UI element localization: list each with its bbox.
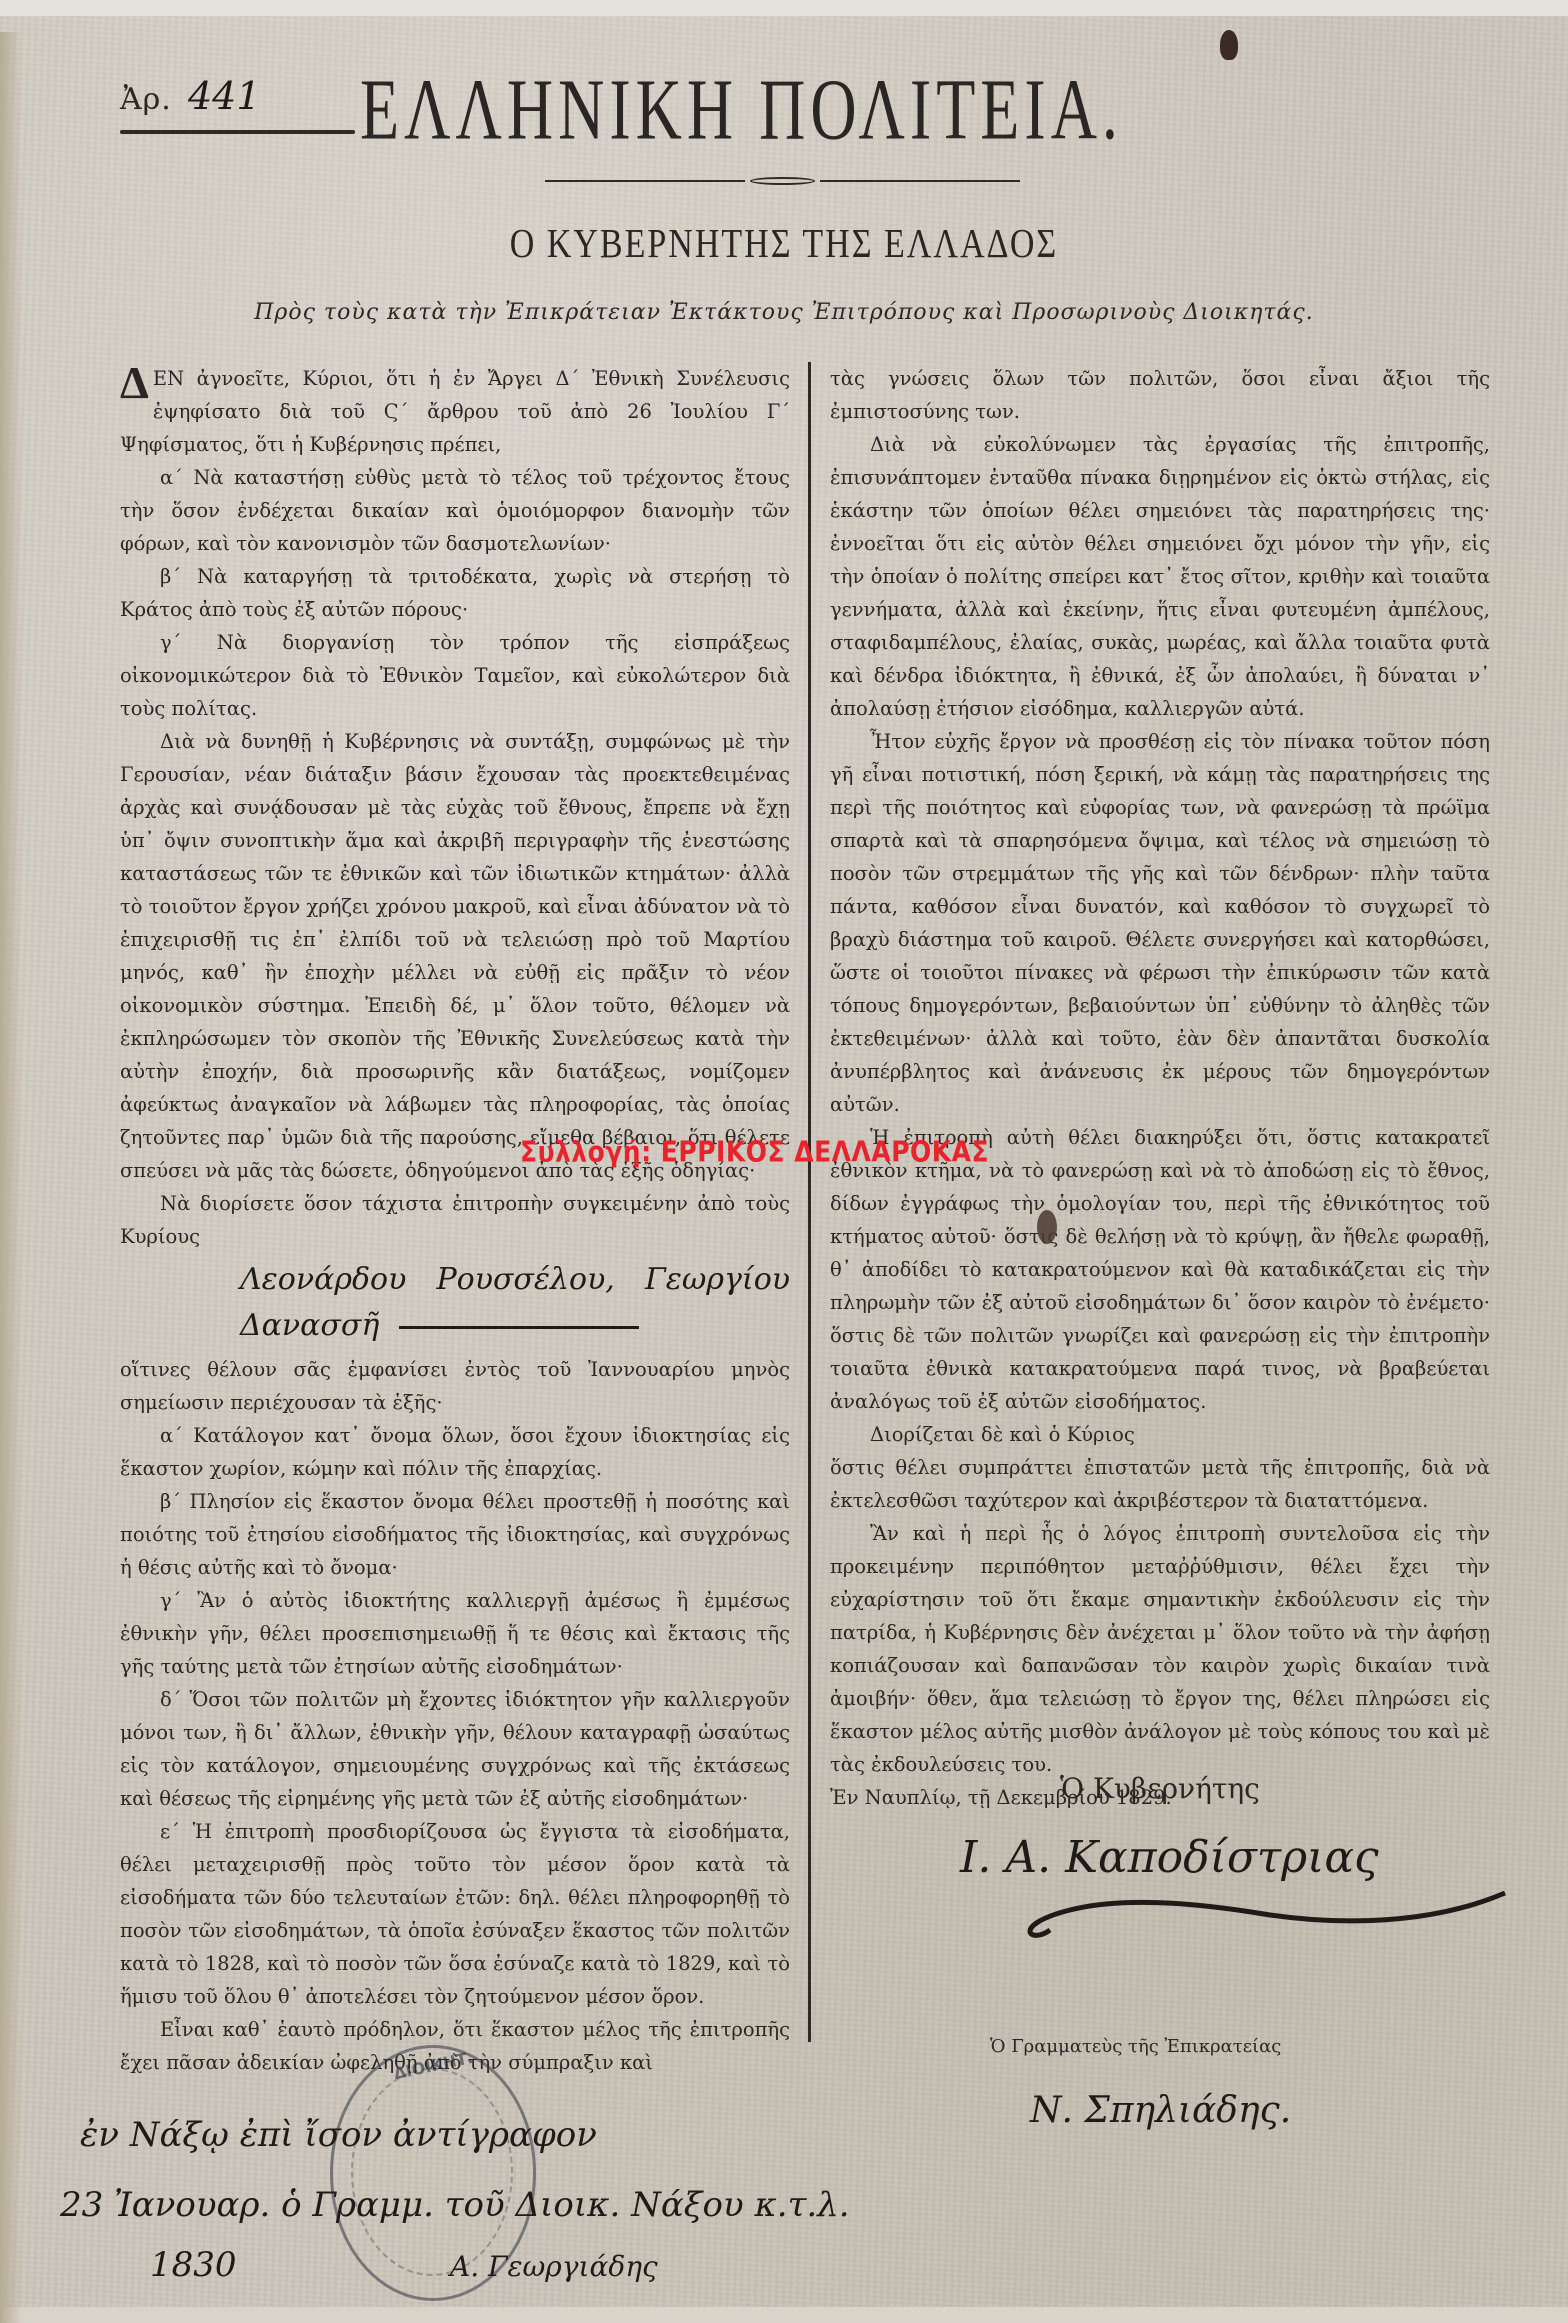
paragraph-duty-b: β´ Πλησίον εἰς ἕκαστον ὄνομα θέλει προστ… [120, 1485, 790, 1584]
left-text-column: ΔΕΝ ἀγνοεῖτε, Κύριοι, ὅτι ἡ ἐν Ἄργει Δ´ … [120, 362, 790, 2079]
paragraph-item-c: γ´ Νὰ διοργανίσῃ τὸν τρόπον τῆς εἰσπράξε… [120, 626, 790, 725]
paragraph-intro: ΔΕΝ ἀγνοεῖτε, Κύριοι, ὅτι ἡ ἐν Ἄργει Δ´ … [120, 362, 790, 461]
photo-top-border [0, 0, 1568, 16]
address-line: Πρὸς τοὺς κατὰ τὴν Ἐπικράτειαν Ἐκτάκτους… [0, 300, 1568, 325]
paragraph-committee: Νὰ διορίσετε ὅσον τάχιστα ἐπιτροπὴν συγκ… [120, 1187, 790, 1253]
paper-burn-stain [1037, 1210, 1057, 1244]
handwritten-annotation-line2: 23 Ἰανουαρ. ὁ Γραμμ. τοῦ Διοικ. Νάξου κ.… [60, 2185, 850, 2225]
secretary-signature-title: Ὁ Γραμματεὺς τῆς Ἐπικρατείας [990, 2036, 1281, 2057]
paragraph-committee-duties: οἵτινες θέλουν σᾶς ἐμφανίσει ἐντὸς τοῦ Ἰ… [120, 1353, 790, 1419]
paper-edge-shadow [0, 32, 22, 2307]
paragraph-duty-c: γ´ Ἂν ὁ αὐτὸς ἰδιοκτήτης καλλιεργῇ ἀμέσω… [120, 1584, 790, 1683]
paragraph-duty-d: δ´ Ὅσοι τῶν πολιτῶν μὴ ἔχοντες ἰδιόκτητο… [120, 1683, 790, 1815]
governor-signature-title: Ὁ Κυβερνήτης [1060, 1772, 1260, 1805]
handwritten-committee-names: Λεονάρδου Ρουσσέλου, Γεωργίου Δανασσῆ [240, 1257, 790, 1349]
paragraph-duty-a: α´ Κατάλογον κατ᾿ ὄνομα ὅλων, ὅσοι ἔχουν… [120, 1419, 790, 1485]
governor-signature: Ι. Α. Καποδίστριας [960, 1832, 1379, 1883]
title-ornament-divider [545, 177, 1020, 185]
paragraph-supervisor: Διορίζεται δὲ καὶ ὁ Κύριος [830, 1418, 1490, 1451]
ink-blot [1220, 30, 1238, 60]
paragraph-supervisor-duty: ὅστις θέλει συμπράττει ἐπιστατῶν μετὰ τῆ… [830, 1451, 1490, 1517]
collection-watermark: Συλλογή: ΕΡΡΙΚΟΣ ΔΕΛΛΑΡΟΚΑΣ [520, 1135, 989, 1168]
paragraph-table: Διὰ νὰ εὐκολύνωμεν τὰς ἐργασίας τῆς ἐπιτ… [830, 428, 1490, 725]
column-divider [808, 362, 811, 2042]
paragraph-duty-e: ε´ Ἡ ἐπιτροπὴ προσδιορίζουσα ὡς ἔγγιστα … [120, 1815, 790, 2013]
paragraph-observations: Ἦτον εὐχῆς ἔργον νὰ προσθέσῃ εἰς τὸν πίν… [830, 725, 1490, 1121]
paragraph-continuation: τὰς γνώσεις ὅλων τῶν πολιτῶν, ὅσοι εἶναι… [830, 362, 1490, 428]
paragraph-item-b: β´ Νὰ καταργήσῃ τὰ τριτοδέκατα, χωρὶς νὰ… [120, 560, 790, 626]
secretary-signature: Ν. Σπηλιάδης. [1030, 2090, 1291, 2131]
governor-heading: Ο ΚΥΒΕΡΝΗΤΗΣ ΤΗΣ ΕΛΛΑΔΟΣ [0, 222, 1568, 268]
paragraph-payment: Ἂν καὶ ἡ περὶ ἧς ὁ λόγος ἐπιτροπὴ συντελ… [830, 1517, 1490, 1781]
drop-cap: Δ [120, 368, 149, 398]
paragraph-item-a: α´ Νὰ καταστήσῃ εὐθὺς μετὰ τὸ τέλος τοῦ … [120, 461, 790, 560]
number-underline [120, 130, 355, 134]
paragraph-reasoning: Διὰ νὰ δυνηθῇ ἡ Κυβέρνησις νὰ συντάξῃ, σ… [120, 725, 790, 1187]
page-title: ΕΛΛΗΝΙΚΗ ΠΟΛΙΤΕΙΑ. [360, 60, 1123, 160]
handwritten-annotation-line1: ἐν Νάξῳ ἐπὶ ἴσον ἀντίγραφον [80, 2115, 597, 2155]
signature-flourish-icon [1010, 1885, 1510, 1945]
document-number: 441 [188, 74, 261, 118]
handwritten-annotation-year: 1830 [150, 2245, 237, 2285]
document-header: Ἀρ. 441 ΕΛΛΗΝΙΚΗ ΠΟΛΙΤΕΙΑ. [120, 60, 1270, 150]
right-text-column: τὰς γνώσεις ὅλων τῶν πολιτῶν, ὅσοι εἶναι… [830, 362, 1490, 1814]
handwritten-annotation-signature: Α. Γεωργιάδης [450, 2250, 658, 2283]
number-label: Ἀρ. [120, 82, 172, 117]
